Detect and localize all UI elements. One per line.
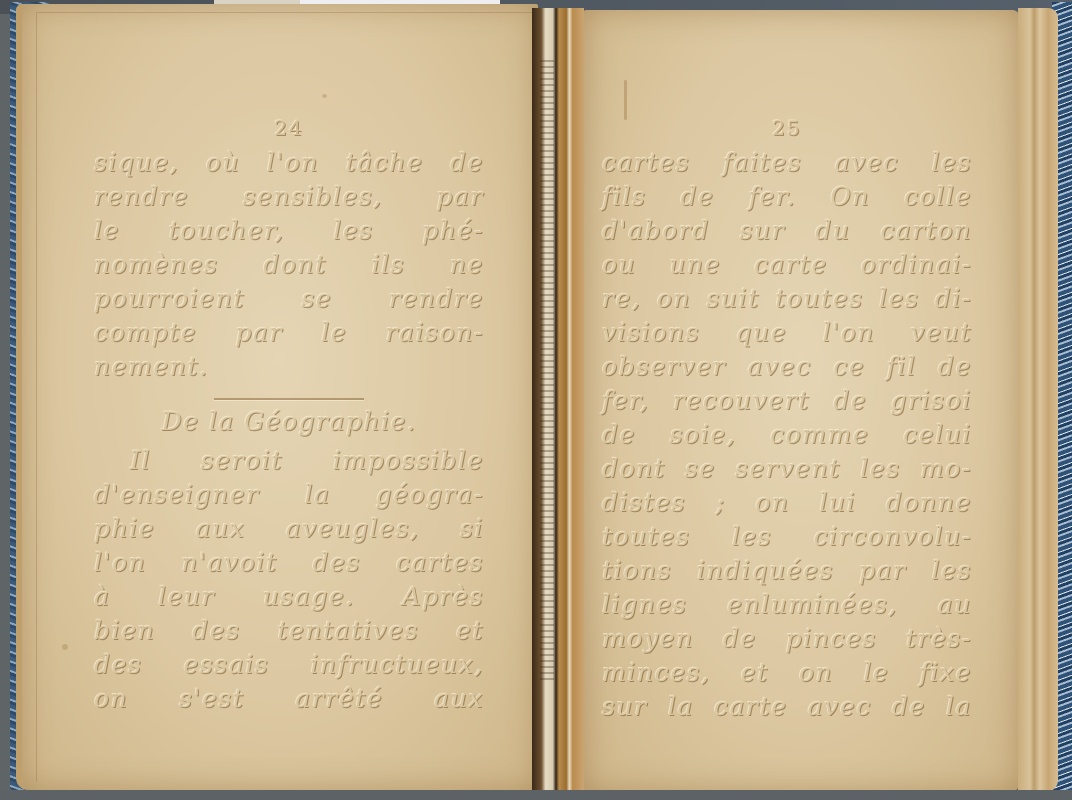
text-line: lignes enluminées, au [602,588,972,622]
foxing-spot [322,94,327,98]
page-number: 25 [602,110,972,146]
section-divider [214,398,364,400]
left-page-text: 24 sique, où l'on tâche de rendre sensib… [94,110,484,716]
text-line: sique, où l'on tâche de [94,146,484,180]
text-line: compte par le raison- [94,316,484,350]
text-line: toutes les circonvolu- [602,520,972,554]
text-line: des essais infructueux, [94,648,484,682]
text-line: observer avec ce fil de [602,350,972,384]
text-line: pourroient se rendre [94,282,484,316]
text-line: phie aux aveugles, si [94,512,484,546]
text-line: minces, et on le fixe [602,656,972,690]
right-page: 25 cartes faites avec les fils de fer. O… [584,10,1020,792]
text-line: de soie, comme celui [602,418,972,452]
text-line: nomènes dont ils ne [94,248,484,282]
foxing-spot [62,644,68,650]
text-line: le toucher, les phé- [94,214,484,248]
text-line: cartes faites avec les [602,146,972,180]
page-number: 24 [94,110,484,146]
text-line: Il seroit impossible [94,444,484,478]
text-line: visions que l'on veut [602,316,972,350]
right-page-edges [1018,8,1058,792]
text-line: fer, recouvert de grisoi [602,384,972,418]
text-line: bien des tentatives et [94,614,484,648]
text-line: nement. [94,350,484,384]
text-line: à leur usage. Après [94,580,484,614]
text-line: ou une carte ordinai- [602,248,972,282]
background-bottom [0,790,1072,800]
text-line: l'on n'avoit des cartes [94,546,484,580]
text-line: tions indiquées par les [602,554,972,588]
section-heading: De la Géographie. [94,404,484,444]
gutter-printed-fragment [540,60,554,680]
text-line: d'enseigner la géogra- [94,478,484,512]
text-line: sur la carte avec de la [602,690,972,724]
text-line: moyen de pinces très- [602,622,972,656]
text-line: distes ; on lui donne [602,486,972,520]
left-page: 24 sique, où l'on tâche de rendre sensib… [16,4,538,790]
text-line: on s'est arrêté aux [94,682,484,716]
text-line: fils de fer. On colle [602,180,972,214]
text-line: rendre sensibles, par [94,180,484,214]
right-page-text: 25 cartes faites avec les fils de fer. O… [602,110,972,724]
text-line: d'abord sur du carton [602,214,972,248]
text-line: re, on suit toutes les di- [602,282,972,316]
text-line: dont se servent les mo- [602,452,972,486]
